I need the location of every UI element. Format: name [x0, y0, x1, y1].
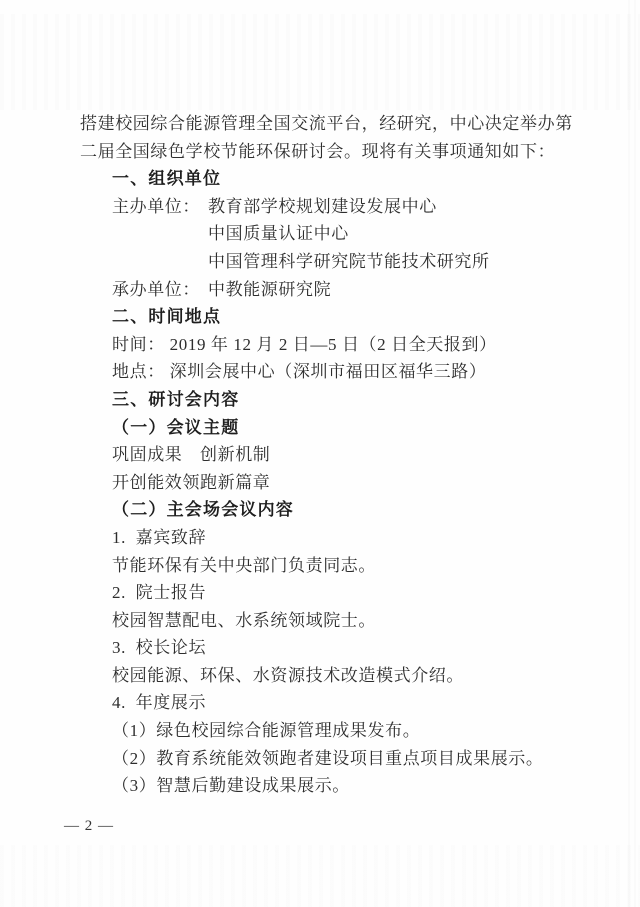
section-heading-time-venue: 二、时间地点 [80, 303, 568, 331]
scan-artifact-right-edge [628, 0, 640, 907]
venue-line: 地点： 深圳会展中心（深圳市福田区福华三路） [80, 358, 568, 386]
agenda-item-4-title: 4. 年度展示 [80, 689, 568, 717]
subsection-heading-main-agenda: （二）主会场会议内容 [80, 496, 568, 524]
undertaker-organization: 中教能源研究院 [208, 276, 568, 304]
annual-display-item-3: （3）智慧后勤建设成果展示。 [80, 772, 568, 800]
subsection-heading-theme: （一）会议主题 [80, 414, 568, 442]
scan-artifact-bottom [0, 845, 640, 907]
host-organizer-row: 主办单位： 教育部学校规划建设发展中心 中国质量认证中心 中国管理科学研究院节能… [80, 193, 568, 276]
page-number: — 2 — [64, 818, 114, 835]
intro-line-1: 搭建校园综合能源管理全国交流平台，经研究，中心决定举办第 [80, 110, 568, 138]
undertaker-values: 中教能源研究院 [208, 276, 568, 304]
intro-line-2: 二届全国绿色学校节能环保研讨会。现将有关事项通知如下： [80, 138, 568, 166]
agenda-item-1-desc: 节能环保有关中央部门负责同志。 [80, 552, 568, 580]
host-organization-2: 中国质量认证中心 [208, 220, 568, 248]
host-organizer-label: 主办单位： [80, 193, 208, 276]
document-body: 搭建校园综合能源管理全国交流平台，经研究，中心决定举办第 二届全国绿色学校节能环… [80, 110, 568, 800]
document-page: 搭建校园综合能源管理全国交流平台，经研究，中心决定举办第 二届全国绿色学校节能环… [0, 0, 640, 907]
theme-line-1: 巩固成果 创新机制 [80, 441, 568, 469]
host-organization-1: 教育部学校规划建设发展中心 [208, 193, 568, 221]
time-line: 时间： 2019 年 12 月 2 日—5 日（2 日全天报到） [80, 331, 568, 359]
scan-artifact-top [0, 14, 640, 110]
agenda-item-3-desc: 校园能源、环保、水资源技术改造模式介绍。 [80, 662, 568, 690]
annual-display-item-2: （2）教育系统能效领跑者建设项目重点项目成果展示。 [80, 745, 568, 773]
host-organizer-values: 教育部学校规划建设发展中心 中国质量认证中心 中国管理科学研究院节能技术研究所 [208, 193, 568, 276]
agenda-item-3-title: 3. 校长论坛 [80, 634, 568, 662]
undertaker-row: 承办单位： 中教能源研究院 [80, 276, 568, 304]
host-organization-3: 中国管理科学研究院节能技术研究所 [208, 248, 568, 276]
agenda-item-2-title: 2. 院士报告 [80, 579, 568, 607]
undertaker-label: 承办单位： [80, 276, 208, 304]
section-heading-agenda: 三、研讨会内容 [80, 386, 568, 414]
agenda-item-1-title: 1. 嘉宾致辞 [80, 524, 568, 552]
annual-display-item-1: （1）绿色校园综合能源管理成果发布。 [80, 717, 568, 745]
section-heading-organizers: 一、组织单位 [80, 165, 568, 193]
theme-line-2: 开创能效领跑新篇章 [80, 469, 568, 497]
agenda-item-2-desc: 校园智慧配电、水系统领域院士。 [80, 607, 568, 635]
